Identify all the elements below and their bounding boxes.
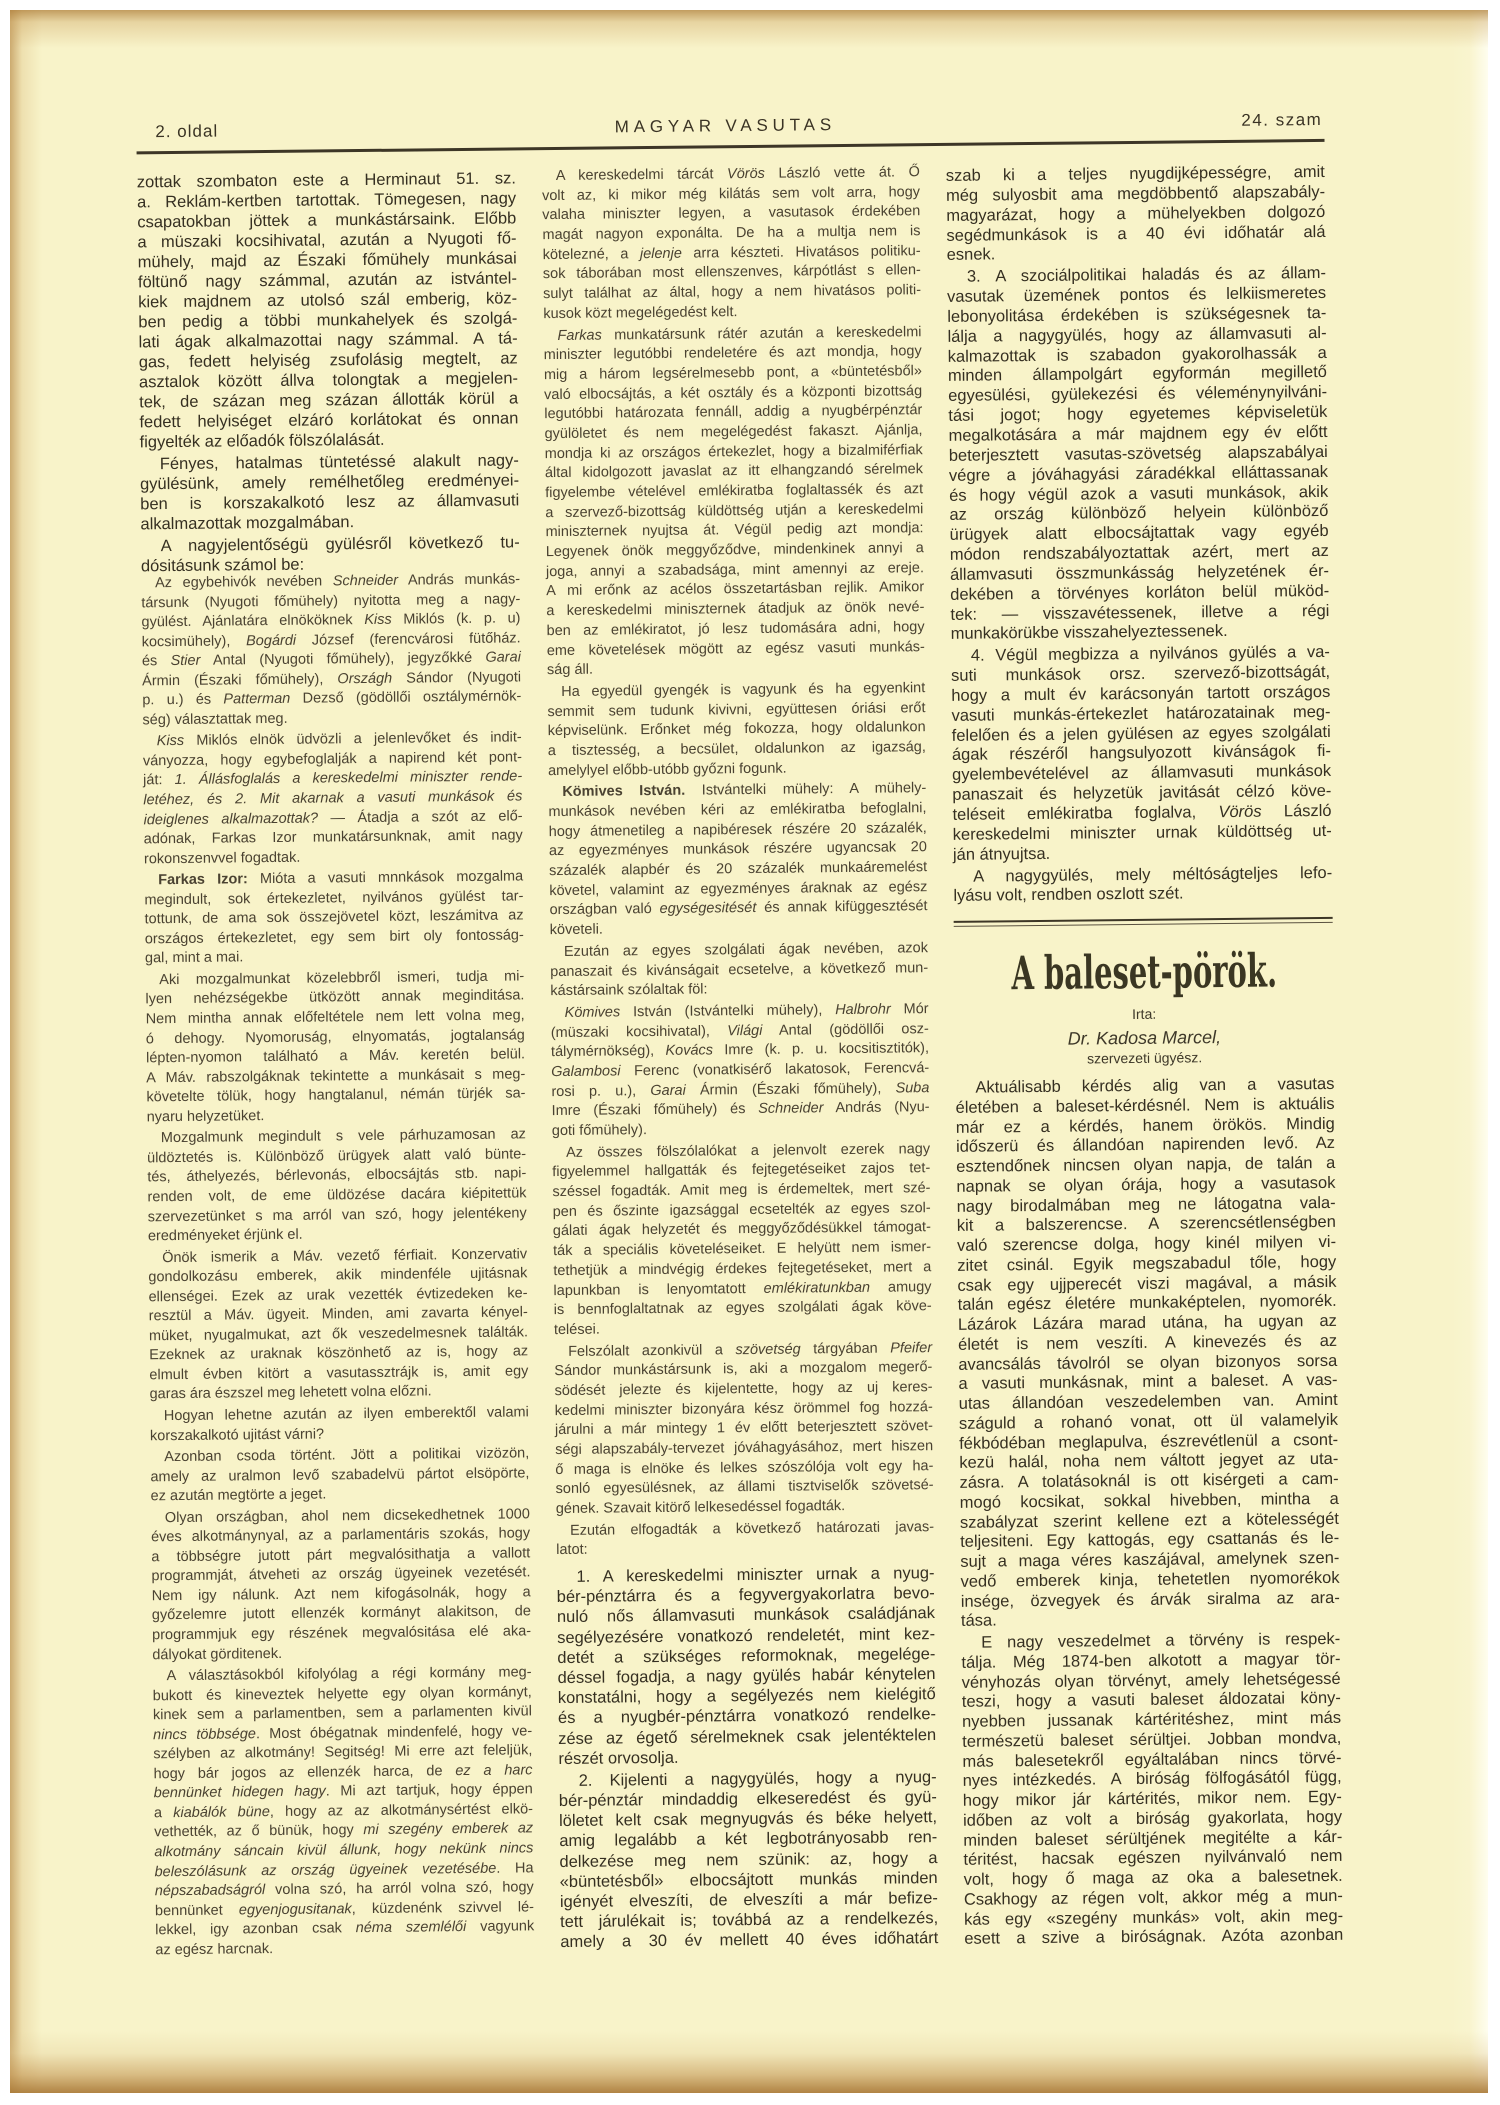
emphasis: Pfeifer [890,1340,932,1356]
text-line: sulyt találhat az által, hogy a nem hiva… [543,281,921,305]
paragraph: Aki mozgalmunkat közelebbről ismeri, tud… [145,967,526,1127]
line-text: a tisztesség, a becsület, oldalunkon az … [548,738,926,762]
emphasis: Bogárdi [246,632,296,649]
text-line: fedett helyiséget elzáró korlátokat és o… [139,408,518,432]
emphasis: Vörös [1218,803,1261,821]
emphasis: nincs többsége [153,1726,256,1743]
page-content: 2. oldal MAGYAR VASUTAS 24. szam zottak … [0,0,1500,2105]
emphasis: Halbrohr [835,1001,891,1018]
line-text: országos értekezletet, egy sem birt oly … [145,926,524,950]
line-text: amely a 30 év mellett 40 éves időhatárt [560,1928,938,1952]
column-left-report-minutes: Az egybehivók nevében Schneider András m… [141,570,534,1960]
paragraph: A választásokból kifolyólag a régi kormá… [152,1663,534,1960]
emphasis: Schneider [333,573,398,590]
paragraph: A nagyjelentőségü gyülésről következő tu… [141,532,520,576]
text-line: ség) választattak meg. [142,707,521,731]
emphasis: mi szegény emberek az [363,1821,533,1839]
line-text: latot: [556,1541,588,1561]
paragraph: A kereskedelmi tárcát Vörös László vette… [542,163,922,324]
paragraph: 2. Kijelenti a nagygyülés, hogy a nyug-b… [559,1767,939,1953]
line-text: fedett helyiséget elzáró korlátokat és o… [139,408,518,432]
column-left-report-lead: zottak szombaton este a Herminaut 51. sz… [137,168,520,576]
paragraph: Az egybehivók nevében Schneider András m… [141,570,522,730]
text-line: Hogyan lehetne azután az ilyen emberektő… [150,1403,529,1427]
paragraph: Az összes fölszólalókat a jelenvolt ezer… [552,1140,932,1341]
text-line: követelte tölük, hogy hangtalanul, némán… [146,1085,525,1109]
section-divider-thin [954,922,1333,927]
paragraph: Hogyan lehetne azután az ilyen emberektő… [150,1403,529,1446]
text-line: goti főmühely). [552,1118,930,1142]
author-role: szervezeti ügyész. [955,1046,1334,1070]
line-text: követelte tölük, hogy hangtalanul, némán… [146,1085,525,1109]
paragraph: Mozgalmunk megindult s vele párhuzamosan… [147,1126,527,1247]
line-text: panaszait és kivánságait ecsetelve, a kö… [550,959,928,983]
emphasis: jelenje [640,245,682,261]
line-text: eme követelések mögött az egész vasuti m… [547,638,925,662]
line-text: A nagygyülés, mely méltóságteljes lefo- [973,863,1332,887]
emphasis: Országh [337,670,392,687]
emphasis: 1. Állásfoglalás a kereskedelmi miniszte… [175,769,523,789]
paragraph: Azonban csoda történt. Jött a politikai … [150,1444,530,1507]
column-right-resolution: szab ki a teljes nyugdijképességre, amit… [946,163,1333,907]
emphasis: ideiglenes alkalmazottak? [143,810,318,828]
text-line: esnek. [947,242,1326,266]
line-text: segédmunkások is a 40 évi időhatár alá [946,222,1325,246]
emphasis: Schneider [758,1101,823,1118]
text-line: garas ára észszel meg lehetett volna elő… [149,1382,528,1406]
text-line: országban való egységesitését és annak k… [549,898,927,922]
line-text: szervezetünket s ma arról van szó, hogy … [148,1204,527,1228]
text-line: segédmunkások is a 40 évi időhatár alá [946,222,1325,246]
line-text: zése az égető sérelmeknek csak jelentékt… [558,1725,936,1749]
paragraph: 4. Végül megbizza a nyilvános gyülés a v… [951,643,1332,865]
paragraph: Felszólalt azonkivül a szövetség tárgyáb… [554,1339,934,1520]
emphasis: Világi [727,1022,762,1038]
text-line: zése az égető sérelmeknek csak jelentékt… [558,1725,936,1749]
line-text: gal, mint a mai. [145,949,244,970]
text-line: követeli. [550,917,928,941]
text-line: amelylyel előbb-utóbb győzni fogunk. [548,758,926,782]
line-text: az egész harcnak. [155,1940,273,1961]
line-text: kusok közt megelégedést kelt. [543,303,737,325]
text-line: szervezetünket s ma arról van szó, hogy … [148,1204,527,1228]
column-middle-report-minutes: A kereskedelmi tárcát Vörös László vette… [542,163,935,1561]
line-text: adónak, Farkas Izor munkatársunknak, ami… [144,826,523,850]
paragraph: Ha egyedül gyengék is vagyunk és ha egye… [547,679,926,781]
line-text: telései. [554,1320,600,1340]
emphasis: egyenjogusitanak [239,1901,352,1918]
paragraph: szab ki a teljes nyugdijképességre, amit… [946,163,1326,266]
line-text: amely az uralmon levő szabadelvü pártot … [150,1464,529,1488]
line-text: ez azután megtörte a jeget. [151,1486,327,1507]
emphasis: Kiss [157,733,185,749]
text-line: ez azután megtörte a jeget. [151,1483,530,1507]
line-text: korszakalkotó ujitást várni? [150,1425,324,1446]
issue-number: 24. szam [1241,110,1322,131]
paragraph: 3. A szociálpolitikai haladás és az álla… [947,264,1330,645]
emphasis: Vörös [727,166,765,182]
speaker-name: Farkas Izor: [158,871,248,888]
line-text: ság áll. [547,661,593,681]
text-line: insége, özvegyek és árvák siralma az ara… [961,1588,1340,1612]
line-text: követeli. [550,921,603,941]
text-line: panaszait és kivánságait ecsetelve, a kö… [550,959,928,983]
speaker-name: Kömives István. [562,783,685,800]
line-text: rokonszenvvel fogadtak. [144,848,301,869]
text-line: kereskedelmi miniszter urnak küldöttség … [953,822,1332,846]
paragraph: E nagy veszedelmet a törvény is respek-t… [961,1630,1343,1950]
emphasis: bennünket hidegen hagy [154,1784,326,1802]
line-text: Imre (Északi főmühely) és Schneider Andr… [552,1098,930,1122]
text-line: eredményeket érjünk el. [148,1223,527,1247]
line-text: ség) választattak meg. [142,710,287,731]
line-text: p. u.) és Patterman Dezső (gödöllői oszt… [142,688,521,712]
text-line: elmult évben kitört a vasutassztrájk is,… [149,1362,528,1386]
emphasis: beleszólásunk az ország ügyeinek vezetés… [154,1860,496,1880]
emphasis: Suba [895,1080,929,1096]
byline-label: Irta: [955,1002,1334,1026]
text-line: latot: [556,1538,934,1562]
text-line: Imre (Északi főmühely) és Schneider Andr… [552,1098,930,1122]
emphasis: Stier [170,653,200,669]
text-line: kástársaink szólaltak föl: [550,978,928,1002]
article-title: A baleset-pörök. [1011,945,1277,998]
line-text: goti főmühely). [552,1121,647,1142]
paragraph: Kömives István (Istvántelki mühely), Hal… [551,1000,930,1142]
line-text: sonló egyesülésnek, az állami tisztvisel… [555,1476,933,1500]
line-text: lekkel, igy azonban csak néma szemlélői … [155,1917,534,1941]
text-line: tása. [961,1608,1340,1632]
line-text: gének. Szavait kitörő lelkesedéssel foga… [556,1497,846,1520]
line-text: amelylyel előbb-utóbb győzni fogunk. [548,759,787,781]
line-text: országban való egységesitését és annak k… [549,898,927,922]
text-line: amely a 30 év mellett 40 éves időhatárt [560,1928,938,1952]
text-line: kusok közt megelégedést kelt. [543,301,921,325]
emphasis: Farkas [557,327,601,343]
text-line: A nagygyülés, mely méltóságteljes lefo- [953,863,1332,887]
text-line: nyaru helyzetüket. [147,1104,526,1128]
text-line: p. u.) és Patterman Dezső (gödöllői oszt… [142,688,521,712]
emphasis: Garai [650,1082,686,1098]
emphasis: alkotmány sáncain kivül állunk, hogy nek… [154,1840,533,1860]
line-text: tek: — visszavétessenek, illetve a régi [950,601,1329,625]
line-text: esett a szive a biróságnak. Azóta azonba… [964,1926,1343,1950]
paragraph: zottak szombaton este a Herminaut 51. sz… [137,168,519,452]
text-line: a tisztesség, a becsület, oldalunkon az … [548,738,926,762]
emphasis: szövetség [735,1341,800,1358]
emphasis: letéhez, és 2. Mit akarnak a vasuti munk… [143,788,522,808]
page-number: 2. oldal [155,122,218,143]
text-line: ben is korszakalkotó lesz az államvasuti [140,490,519,514]
paragraph: Ezután elfogadták a következő határozati… [556,1518,934,1561]
column-middle-resolution: 1. A kereskedelmi miniszter urnak a nyug… [556,1563,938,1952]
text-line: részét orvosolja. [558,1745,936,1769]
emphasis: Galambosi [551,1063,620,1080]
line-text: sulyt találhat az által, hogy a nem hiva… [543,281,921,305]
text-line: lekkel, igy azonban csak néma szemlélői … [155,1917,534,1941]
line-text: insége, özvegyek és árvák siralma az ara… [961,1588,1340,1612]
text-line: Ezután elfogadták a következő határozati… [556,1518,934,1542]
text-line: ján átnyujtsa. [953,842,1332,866]
emphasis: emlékiratunkban [764,1279,871,1296]
article-body: Aktuálisabb kérdés alig van a vasutaséle… [955,1075,1343,1950]
paragraph: Farkas munkatársunk rátér azután a keres… [543,323,925,681]
text-line: gal, mint a mai. [145,946,524,970]
text-line: telései. [554,1317,932,1341]
line-text: eredményeket érjünk el. [148,1226,303,1247]
line-text: kereskedelmi miniszter urnak küldöttség … [953,822,1332,846]
text-line: programmjuk egy részének megvalósitása e… [152,1622,531,1646]
text-line: lyásu volt, rendben oszlott szét. [953,883,1332,907]
paragraph: Önök ismerik a Máv. vezető férfiait. Kon… [148,1245,529,1405]
text-line: dályokat görditenek. [152,1642,531,1666]
emphasis: ez a harc [455,1762,532,1779]
paragraph: Olyan országban, ahol nem dicsekedhetnek… [151,1505,532,1665]
emphasis: Kiss [364,612,392,628]
text-line: ság áll. [547,657,925,681]
line-text: dályokat görditenek. [152,1644,282,1665]
line-text: Hogyan lehetne azután az ilyen emberektő… [164,1403,529,1426]
text-line: munkakörükbe visszahelyeztessenek. [951,621,1330,645]
text-line: eme követelések mögött az egész vasuti m… [547,638,925,662]
paragraph: Kiss Miklós elnök üdvözli a jelenlevőket… [143,729,523,870]
line-text: elmult évben kitört a vasutassztrájk is,… [149,1362,528,1386]
emphasis: néma szemlélői [356,1919,467,1936]
paragraph: Farkas Izor: Mióta a vasuti mnnkások moz… [144,868,524,970]
emphasis: népszabadságról [155,1882,266,1899]
line-text: lyásu volt, rendben oszlott szét. [953,885,1183,907]
line-text: munkakörükbe visszahelyeztessenek. [951,622,1228,645]
line-text: is bennfoglaltatnak az egyes szolgálati … [554,1297,932,1321]
emphasis: egységesitését [660,900,757,917]
emphasis: Garai [485,650,521,666]
text-line: gének. Szavait kitörő lelkesedéssel foga… [556,1496,934,1520]
paragraph: Ezután az egyes szolgálati ágak nevében,… [550,939,929,1002]
paragraph: Kömives István. Istvántelki mühely: A mü… [548,779,928,940]
text-line: az egész harcnak. [155,1937,534,1961]
emphasis: Kovács [665,1043,713,1059]
line-text: programmjuk egy részének megvalósitása e… [152,1622,531,1646]
paragraph: 1. A kereskedelmi miniszter urnak a nyug… [556,1563,936,1769]
newspaper-title: MAGYAR VASUTAS [615,115,836,137]
text-line: rokonszenvvel fogadtak. [144,846,523,870]
text-line: alkalmazottak mozgalmában. [140,510,519,534]
line-text: esnek. [947,246,996,266]
line-text: tása. [961,1612,997,1632]
line-text: figyelték az előadók fölszólalását. [139,430,384,453]
line-text: ján átnyujtsa. [953,845,1050,866]
text-line: esett a szive a biróságnak. Azóta azonba… [964,1926,1343,1950]
paragraph: Fényes, hatalmas tüntetéssé alakult nagy… [140,450,520,534]
text-line: korszakalkotó ujitást várni? [150,1423,529,1447]
line-text: Ezután elfogadták a következő határozati… [570,1518,934,1542]
line-text: ben is korszakalkotó lesz az államvasuti [140,490,519,514]
line-text: részét orvosolja. [558,1747,678,1768]
text-line: országos értekezletet, egy sem birt oly … [145,926,524,950]
paragraph: Aktuálisabb kérdés alig van a vasutaséle… [955,1075,1340,1632]
text-line: figyelték az előadók fölszólalását. [139,428,518,452]
text-line: sonló egyesülésnek, az állami tisztvisel… [555,1476,933,1500]
text-line: tek: — visszavétessenek, illetve a régi [950,601,1329,625]
line-text: alkalmazottak mozgalmában. [140,512,354,534]
header-rule [137,139,1325,154]
text-line: A nagyjelentőségü gyülésről következő tu… [141,532,520,556]
text-line: is bennfoglaltatnak az egyes szolgálati … [554,1297,932,1321]
line-text: garas ára észszel meg lehetett volna elő… [149,1383,431,1406]
emphasis: Kömives [565,1004,621,1021]
emphasis: kiabálók büne [173,1804,270,1821]
line-text: nyaru helyzetüket. [147,1107,265,1128]
line-text: A nagyjelentőségü gyülésről következő tu… [161,532,520,556]
text-line: amely az uralmon levő szabadelvü pártot … [150,1464,529,1488]
emphasis: Patterman [223,691,290,708]
paragraph: A nagygyülés, mely méltóságteljes lefo-l… [953,863,1332,907]
text-line: adónak, Farkas Izor munkatársunknak, ami… [144,826,523,850]
line-text: kástársaink szólaltak föl: [550,981,707,1002]
